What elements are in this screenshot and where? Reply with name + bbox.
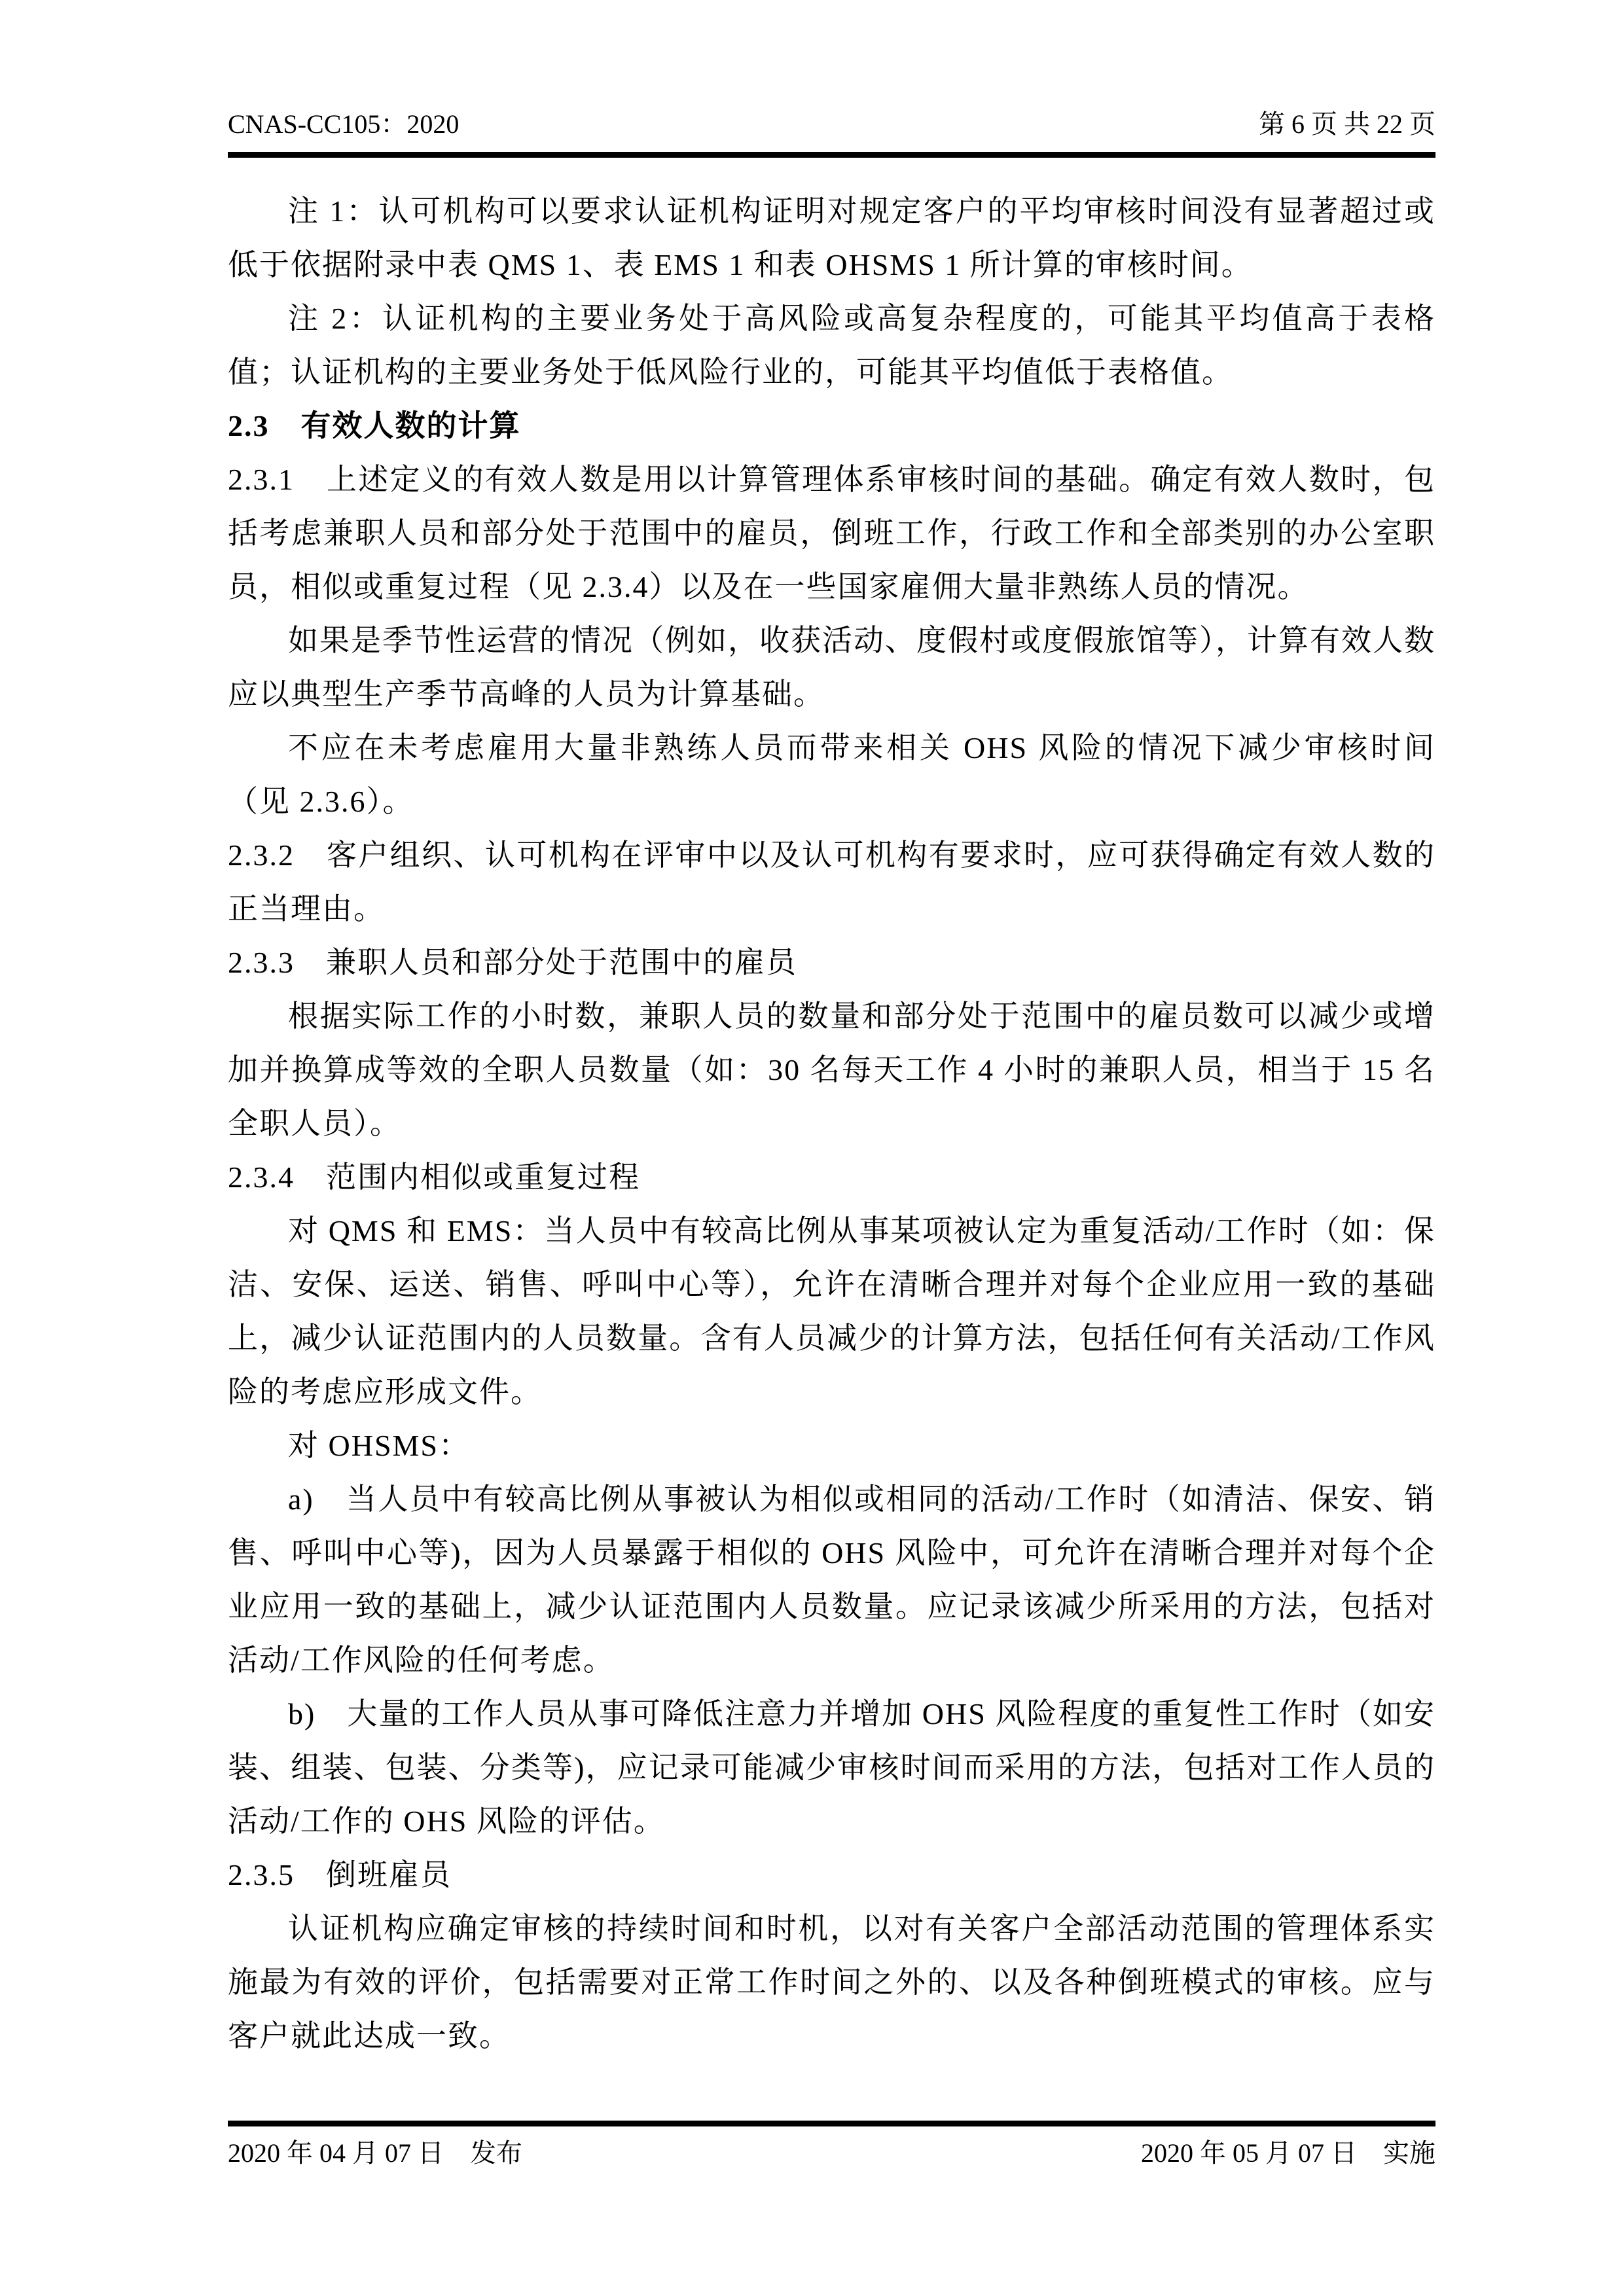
- paragraph: 不应在未考虑雇用大量非熟练人员而带来相关 OHS 风险的情况下减少审核时间（见 …: [228, 721, 1435, 829]
- paragraph: 2.3.3 兼职人员和部分处于范围中的雇员: [228, 936, 1435, 990]
- paragraph: 2.3.5 倒班雇员: [228, 1848, 1435, 1902]
- page-header: CNAS-CC105：2020 第 6 页 共 22 页: [228, 109, 1435, 140]
- header-rule: [228, 152, 1435, 158]
- paragraph: 根据实际工作的小时数，兼职人员的数量和部分处于范围中的雇员数可以减少或增加并换算…: [228, 990, 1435, 1151]
- issue-date: 2020 年 04 月 07 日 发布: [228, 2138, 522, 2169]
- paragraph: a) 当人员中有较高比例从事被认为相似或相同的活动/工作时（如清洁、保安、销售、…: [228, 1473, 1435, 1687]
- paragraph: 对 OHSMS：: [228, 1419, 1435, 1473]
- paragraph: 对 QMS 和 EMS：当人员中有较高比例从事某项被认定为重复活动/工作时（如：…: [228, 1204, 1435, 1419]
- paragraph: 2.3.4 范围内相似或重复过程: [228, 1151, 1435, 1204]
- paragraph: 注 2：认证机构的主要业务处于高风险或高复杂程度的，可能其平均值高于表格值；认证…: [228, 292, 1435, 399]
- document-code: CNAS-CC105：2020: [228, 109, 459, 140]
- paragraph: b) 大量的工作人员从事可降低注意力并增加 OHS 风险程度的重复性工作时（如安…: [228, 1687, 1435, 1848]
- page-footer: 2020 年 04 月 07 日 发布 2020 年 05 月 07 日 实施: [228, 2138, 1435, 2169]
- paragraph: 2.3.2 客户组织、认可机构在评审中以及认可机构有要求时，应可获得确定有效人数…: [228, 829, 1435, 936]
- paragraph: 2.3.1 上述定义的有效人数是用以计算管理体系审核时间的基础。确定有效人数时，…: [228, 453, 1435, 614]
- footer-rule: [228, 2121, 1435, 2126]
- implementation-date: 2020 年 05 月 07 日 实施: [1141, 2138, 1435, 2169]
- paragraph: 注 1：认可机构可以要求认证机构证明对规定客户的平均审核时间没有显著超过或低于依…: [228, 185, 1435, 292]
- section-heading: 2.3 有效人数的计算: [228, 399, 1435, 453]
- document-page: CNAS-CC105：2020 第 6 页 共 22 页 注 1：认可机构可以要…: [0, 0, 1624, 2296]
- page-number: 第 6 页 共 22 页: [1259, 109, 1435, 140]
- paragraph: 认证机构应确定审核的持续时间和时机，以对有关客户全部活动范围的管理体系实施最为有…: [228, 1902, 1435, 2063]
- paragraph: 如果是季节性运营的情况（例如，收获活动、度假村或度假旅馆等），计算有效人数应以典…: [228, 614, 1435, 721]
- document-body: 注 1：认可机构可以要求认证机构证明对规定客户的平均审核时间没有显著超过或低于依…: [228, 185, 1435, 2063]
